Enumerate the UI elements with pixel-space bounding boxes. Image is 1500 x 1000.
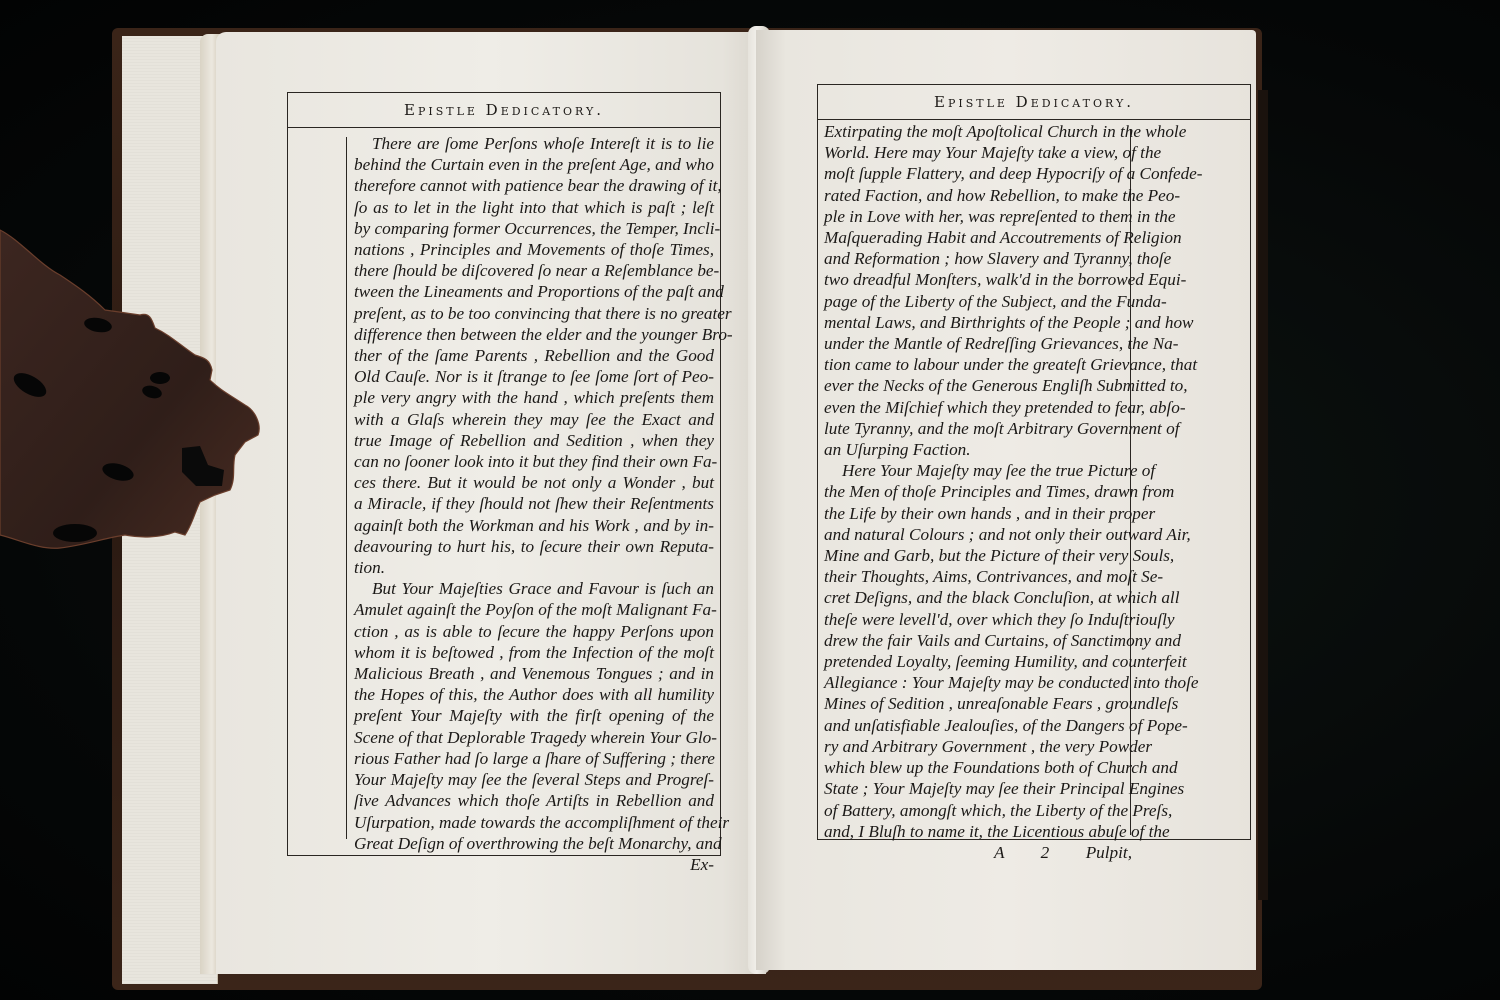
text-line: preſent, as to be too convincing that th… [354, 303, 714, 324]
text-line: deavouring to hurt his, to ſecure their … [354, 536, 714, 557]
text-line: againſt both the Workman and his Work , … [354, 515, 714, 536]
text-line: and, I Bluſh to name it, the Licentious … [824, 821, 1132, 842]
text-line: But Your Majeſties Grace and Favour is ſ… [354, 578, 714, 599]
text-line: State ; Your Majeſty may ſee their Princ… [824, 778, 1132, 799]
metal-clasp-icon [0, 220, 270, 560]
text-line: Maſquerading Habit and Accoutrements of … [824, 227, 1132, 248]
text-line: theſe were levell'd, over which they ſo … [824, 609, 1132, 630]
text-line: even the Miſchief which they pretended t… [824, 397, 1132, 418]
text-line: Malicious Breath , and Venemous Tongues … [354, 663, 714, 684]
text-line: ple in Love with her, was repreſented to… [824, 206, 1132, 227]
text-line: Old Cauſe. Nor is it ſtrange to ſee ſome… [354, 366, 714, 387]
right-page-text-frame: Epistle Dedicatory. Extirpating the moſt… [817, 84, 1251, 840]
text-line: ſive Advances which thoſe Artiſts in Reb… [354, 790, 714, 811]
text-line: preſent Your Majeſty with the firſt open… [354, 705, 714, 726]
left-page-text-frame: Epistle Dedicatory. There are ſome Perſo… [287, 92, 721, 856]
text-line: ſo as to let in the light into that whic… [354, 197, 714, 218]
text-line: ple very angry with the hand , which pre… [354, 387, 714, 408]
right-running-head: Epistle Dedicatory. [818, 85, 1250, 120]
text-line: Great Deſign of overthrowing the beſt Mo… [354, 833, 714, 854]
text-line: and natural Colours ; and not only their… [824, 524, 1132, 545]
text-line: Amulet againſt the Poyſon of the moſt Ma… [354, 599, 714, 620]
text-line: Your Majeſty may ſee the ſeveral Steps a… [354, 769, 714, 790]
text-line: the Men of thoſe Principles and Times, d… [824, 481, 1132, 502]
photo-scene: Epistle Dedicatory. There are ſome Perſo… [0, 0, 1500, 1000]
left-page-body: There are ſome Perſons whoſe Intereſt it… [354, 133, 714, 875]
text-line: behind the Curtain even in the preſent A… [354, 154, 714, 175]
text-line: by comparing former Occurrences, the Tem… [354, 218, 714, 239]
text-line: nations , Principles and Movements of th… [354, 239, 714, 260]
left-running-head: Epistle Dedicatory. [288, 93, 720, 128]
text-line: two dreadful Monſters, walk'd in the bor… [824, 269, 1132, 290]
text-line: and unſatisfiable Jealouſies, of the Dan… [824, 715, 1132, 736]
text-line: Scene of that Deplorable Tragedy wherein… [354, 727, 714, 748]
text-line: tween the Lineaments and Proportions of … [354, 281, 714, 302]
text-line: ces there. But it would be not only a Wo… [354, 472, 714, 493]
text-line: can no ſooner look into it but they find… [354, 451, 714, 472]
text-line: difference then between the elder and th… [354, 324, 714, 345]
text-line: ever the Necks of the Generous Engliſh S… [824, 375, 1132, 396]
text-line: Here Your Majeſty may ſee the true Pictu… [824, 460, 1132, 481]
text-line: cret Deſigns, and the black Concluſion, … [824, 587, 1132, 608]
signature-line: A 2 Pulpit, [824, 842, 1132, 863]
text-line: drew the fair Vails and Curtains, of San… [824, 630, 1132, 651]
text-line: Uſurpation, made towards the accompliſhm… [354, 812, 714, 833]
text-line: rated Faction, and how Rebellion, to mak… [824, 185, 1132, 206]
text-line: ther of the ſame Parents , Rebellion and… [354, 345, 714, 366]
text-line: pretended Loyalty, ſeeming Humility, and… [824, 651, 1132, 672]
text-line: the Hopes of this, the Author does with … [354, 684, 714, 705]
catchword: Pulpit, [1086, 843, 1132, 862]
text-line: the Life by their own hands , and in the… [824, 503, 1132, 524]
text-line: page of the Liberty of the Subject, and … [824, 291, 1132, 312]
text-line: tion. [354, 557, 714, 578]
book-cover-edge [1258, 90, 1268, 900]
right-page-body: Extirpating the moſt Apoſtolical Church … [824, 121, 1132, 863]
text-line: their Thoughts, Aims, Contrivances, and … [824, 566, 1132, 587]
text-line: there ſhould be diſcovered ſo near a Reſ… [354, 260, 714, 281]
text-line: with a Glaſs wherein they may ſee the Ex… [354, 409, 714, 430]
text-line: ction , as is able to ſecure the happy P… [354, 621, 714, 642]
signature-mark: A 2 [994, 843, 1049, 862]
text-line: an Uſurping Faction. [824, 439, 1132, 460]
text-line: and Reformation ; how Slavery and Tyrann… [824, 248, 1132, 269]
text-line: of Battery, amongſt which, the Liberty o… [824, 800, 1132, 821]
text-line: Allegiance : Your Majeſty may be conduct… [824, 672, 1132, 693]
left-margin-rule [346, 137, 347, 839]
text-line: whom it is beſtowed , from the Infection… [354, 642, 714, 663]
text-line: There are ſome Perſons whoſe Intereſt it… [354, 133, 714, 154]
text-line: under the Mantle of Redreſſing Grievance… [824, 333, 1132, 354]
text-line: mental Laws, and Birthrights of the Peop… [824, 312, 1132, 333]
text-line: a Miracle, if they ſhould not ſhew their… [354, 493, 714, 514]
text-line: Mine and Garb, but the Picture of their … [824, 545, 1132, 566]
text-line: Mines of Sedition , unreaſonable Fears ,… [824, 693, 1132, 714]
text-line: which blew up the Foundations both of Ch… [824, 757, 1132, 778]
text-line: Extirpating the moſt Apoſtolical Church … [824, 121, 1132, 142]
text-line: true Image of Rebellion and Sedition , w… [354, 430, 714, 451]
text-line: World. Here may Your Majeſty take a view… [824, 142, 1132, 163]
text-line: therefore cannot with patience bear the … [354, 175, 714, 196]
catchword: Ex- [354, 854, 714, 875]
text-line: moſt ſupple Flattery, and deep Hypocriſy… [824, 163, 1132, 184]
text-line: ry and Arbitrary Government , the very P… [824, 736, 1132, 757]
text-line: rious Father had ſo large a ſhare of Suf… [354, 748, 714, 769]
text-line: lute Tyranny, and the moſt Arbitrary Gov… [824, 418, 1132, 439]
text-line: tion came to labour under the greateſt G… [824, 354, 1132, 375]
